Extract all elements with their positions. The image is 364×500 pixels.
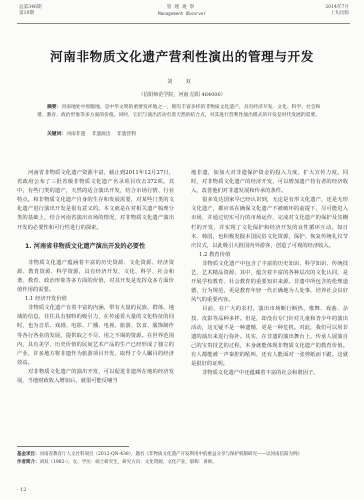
section-heading-1: 1. 河南省非物质文化遗产演出开发的必要性 [25, 242, 174, 251]
publication-date: 2014年7月 上旬出版 [325, 5, 349, 17]
body-column-right: 地非遗，如加大对非遗保护资金的投入力度，扩大宣传力度。同时，对非物质文化遗产的经… [191, 169, 348, 378]
footnotes: 基金项目：河南省教育厅人文社科项目（2012-QN-438），题名《非物质文化遗… [17, 451, 347, 466]
paragraph: 很多发达国家早已经认识到，无论是有形文化遗产，还是无形文化遗产，都应该在确保文化… [191, 196, 348, 251]
fund-label: 基金项目： [17, 452, 40, 457]
author-affiliation: （信阳师范学院，河南 信阳 464000） [0, 91, 364, 98]
paragraph: 非物质文化遗产中还蕴藏着丰富的社会和谐因子。 [191, 369, 348, 378]
publication-period: 上旬出版 [325, 11, 349, 17]
journal-header: 总第346期 第19期 管理观察 Management Observer 201… [0, 0, 364, 26]
fund-text: 河南省教育厅人文社科项目（2012-QN-438），题名《非物质文化遗产开发利用… [40, 452, 302, 457]
header-divider [17, 23, 350, 24]
keywords: 关键词：河南非遗非遗演出非遗营利 [47, 130, 142, 137]
subsection-heading-1-1: 1.1 经济开发价值 [17, 295, 174, 304]
section1-paragraph: 非物质文化遗产蕴涵着丰富的历史资源、文化资源、经济资源、教育资源、科学资源，具有… [17, 259, 174, 295]
keyword: 河南非遗 [66, 132, 85, 137]
author-bio-text: 刘双（1982-），女，学历：硕士研究生，研究方向：文化资源，文化产业，职称：讲… [40, 460, 217, 465]
paragraph: 目前，在广大的农村，演出市场断行断热，歌舞、戏曲、杂技、皮影等品种多样。但是，却… [191, 305, 348, 369]
abstract-text: 河南地处中原腹地，是中华文明的重要发祥地之一，拥有丰富多样的非物质文化遗产，具有… [37, 105, 320, 118]
abstract-label: 摘要： [47, 105, 61, 110]
body-column-left: 河南省非物质文化遗产资源丰富，截止到2011年12月27日，省政府公布了三批省级… [17, 169, 174, 386]
article-author: 刘 双 [0, 78, 364, 85]
article-title: 河南非物质文化遗产营利性演出的管理与开发 [0, 46, 364, 65]
abstract: 摘要：河南地处中原腹地，是中华文明的重要发祥地之一，拥有丰富多样的非物质文化遗产… [37, 104, 325, 121]
journal-name-en: Management Observer [0, 11, 364, 17]
paragraph: 对非物质文化遗产的演出开发，可以促进非遗所在地的经济发展，当地财政收入增加后，就… [17, 368, 174, 386]
intro-paragraph: 河南省非物质文化遗产资源丰富，截止到2011年12月27日，省政府公布了三批省级… [17, 169, 174, 233]
paragraph: 非物质文化遗产中包含了丰富的历史知识、科学知识、传统技艺、艺术精品资源，其中，蕴… [191, 260, 348, 305]
footnote-divider [17, 446, 129, 447]
subsection-heading-1-2: 1.2 教育价值 [191, 251, 348, 260]
paragraph: 非物质文化遗产有着丰富的内涵，带有大量的民族、群体、地域的信息，往往具有独特的吸… [17, 304, 174, 368]
journal-name: 管理观察 Management Observer [0, 5, 364, 17]
paragraph: 地非遗，如加大对非遗保护资金的投入力度，扩大宣传力度。同时，对非物质文化遗产的经… [191, 169, 348, 196]
keyword: 非遗营利 [117, 132, 136, 137]
author-bio-label: 作者简介： [17, 460, 40, 465]
keyword: 非遗演出 [91, 132, 110, 137]
keywords-label: 关键词： [47, 132, 66, 137]
fund-note: 基金项目：河南省教育厅人文社科项目（2012-QN-438），题名《非物质文化遗… [17, 451, 347, 459]
author-note: 作者简介：刘双（1982-），女，学历：硕士研究生，研究方向：文化资源，文化产业… [17, 459, 347, 467]
page-number: · 12 · [17, 487, 30, 493]
